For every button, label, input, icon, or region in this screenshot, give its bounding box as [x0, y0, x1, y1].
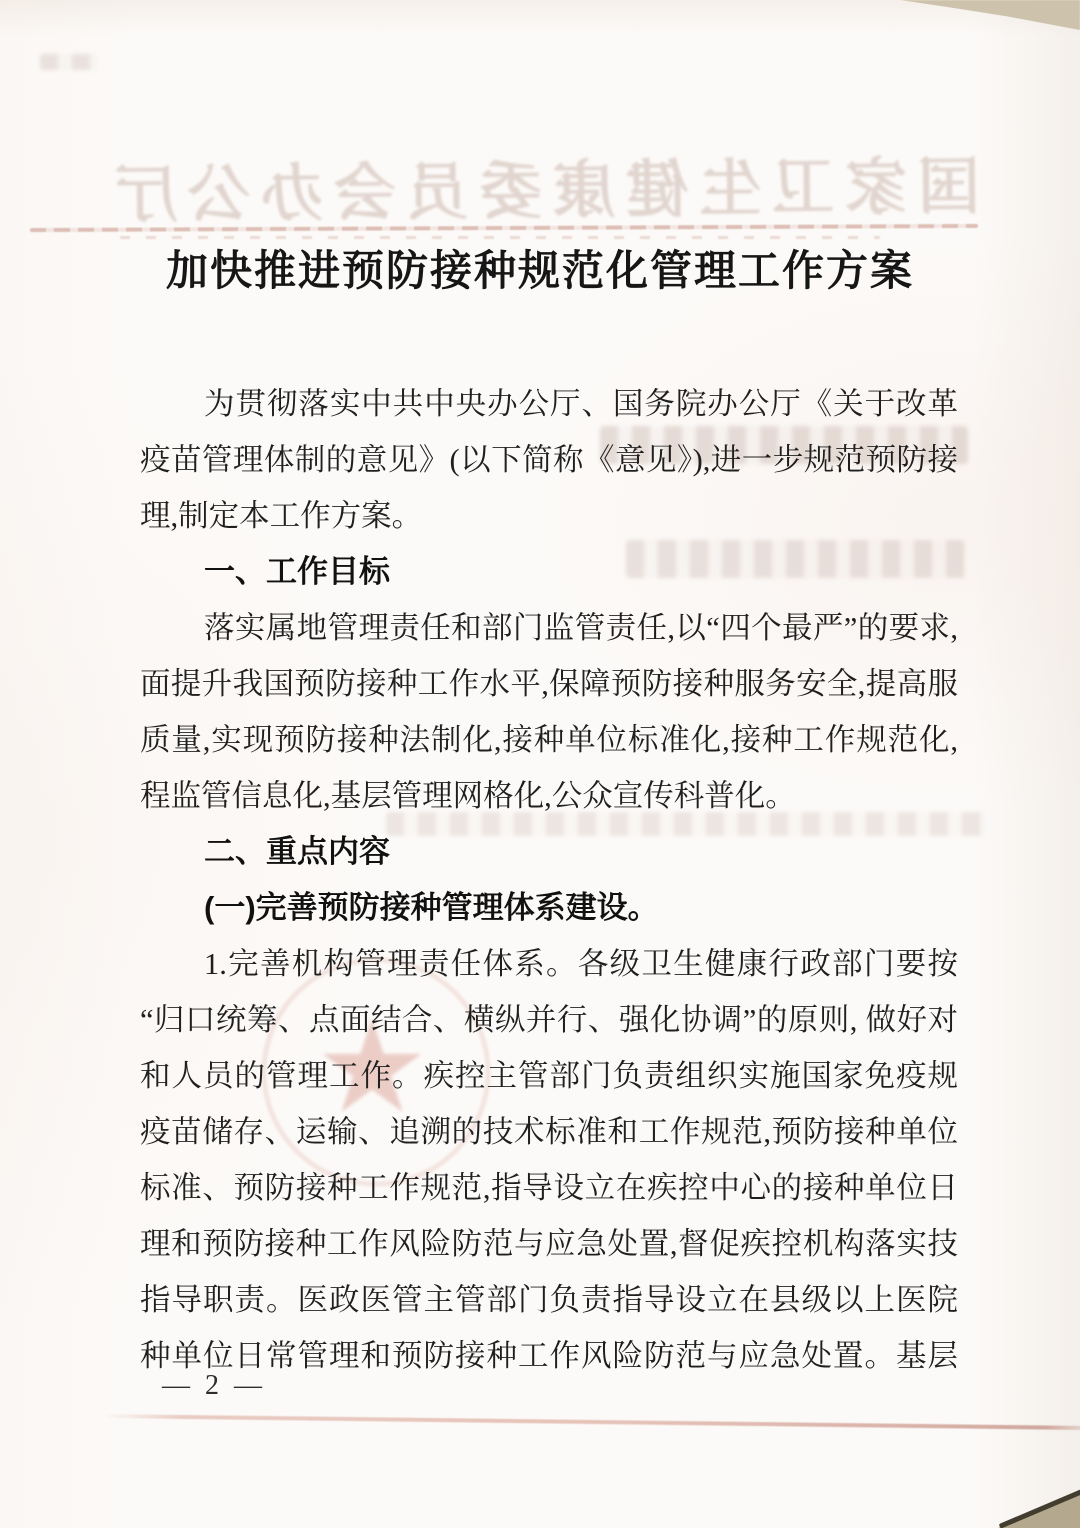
text-line: 理,制定本工作方案。: [140, 488, 958, 544]
text-line: 标准、预防接种工作规范,指导设立在疾控中心的接种单位日常管: [140, 1160, 958, 1216]
text-line: 落实属地管理责任和部门监管责任,以“四个最严”的要求,全: [140, 600, 958, 656]
text-line: 程监管信息化,基层管理网格化,公众宣传科普化。: [140, 768, 958, 824]
desk-corner-top-right: [900, 0, 1080, 30]
scanned-document-page: 国家卫生健康委员会办公厅 ★ 加快推进预防接种规范化管理工作方案 为贯彻落实中共…: [0, 0, 1080, 1528]
text-line: “归口统筹、点面结合、横纵并行、强化协调”的原则, 做好对机构: [140, 992, 958, 1048]
text-line: 和人员的管理工作。疾控主管部门负责组织实施国家免疫规划,: [140, 1048, 958, 1104]
text-line: 面提升我国预防接种工作水平,保障预防接种服务安全,提高服务: [140, 656, 958, 712]
text-line: 疫苗管理体制的意见》(以下简称《意见》),进一步规范预防接种管: [140, 432, 958, 488]
bleedthrough-smudge: [40, 54, 98, 70]
text-line: 一、工作目标: [140, 544, 958, 600]
text-line: 疫苗储存、运输、追溯的技术标准和工作规范,预防接种单位建设: [140, 1104, 958, 1160]
text-line: 为贯彻落实中共中央办公厅、国务院办公厅《关于改革和完善: [140, 376, 958, 432]
document-title: 加快推进预防接种规范化管理工作方案: [0, 238, 1080, 304]
text-line: 二、重点内容: [140, 824, 958, 880]
page-number: — 2 —: [162, 1366, 342, 1406]
text-line: 理和预防接种工作风险防范与应急处置,督促疾控机构落实技术: [140, 1216, 958, 1272]
text-line: 1.完善机构管理责任体系。各级卫生健康行政部门要按照: [140, 936, 958, 992]
text-line: (一)完善预防接种管理体系建设。: [140, 880, 958, 936]
text-line: 指导职责。医政医管主管部门负责指导设立在县级以上医院的接: [140, 1272, 958, 1328]
document-body: 为贯彻落实中共中央办公厅、国务院办公厅《关于改革和完善疫苗管理体制的意见》(以下…: [140, 376, 958, 1384]
text-line: 质量,实现预防接种法制化,接种单位标准化,接种工作规范化,全: [140, 712, 958, 768]
bottom-scan-line: [104, 1414, 1080, 1430]
